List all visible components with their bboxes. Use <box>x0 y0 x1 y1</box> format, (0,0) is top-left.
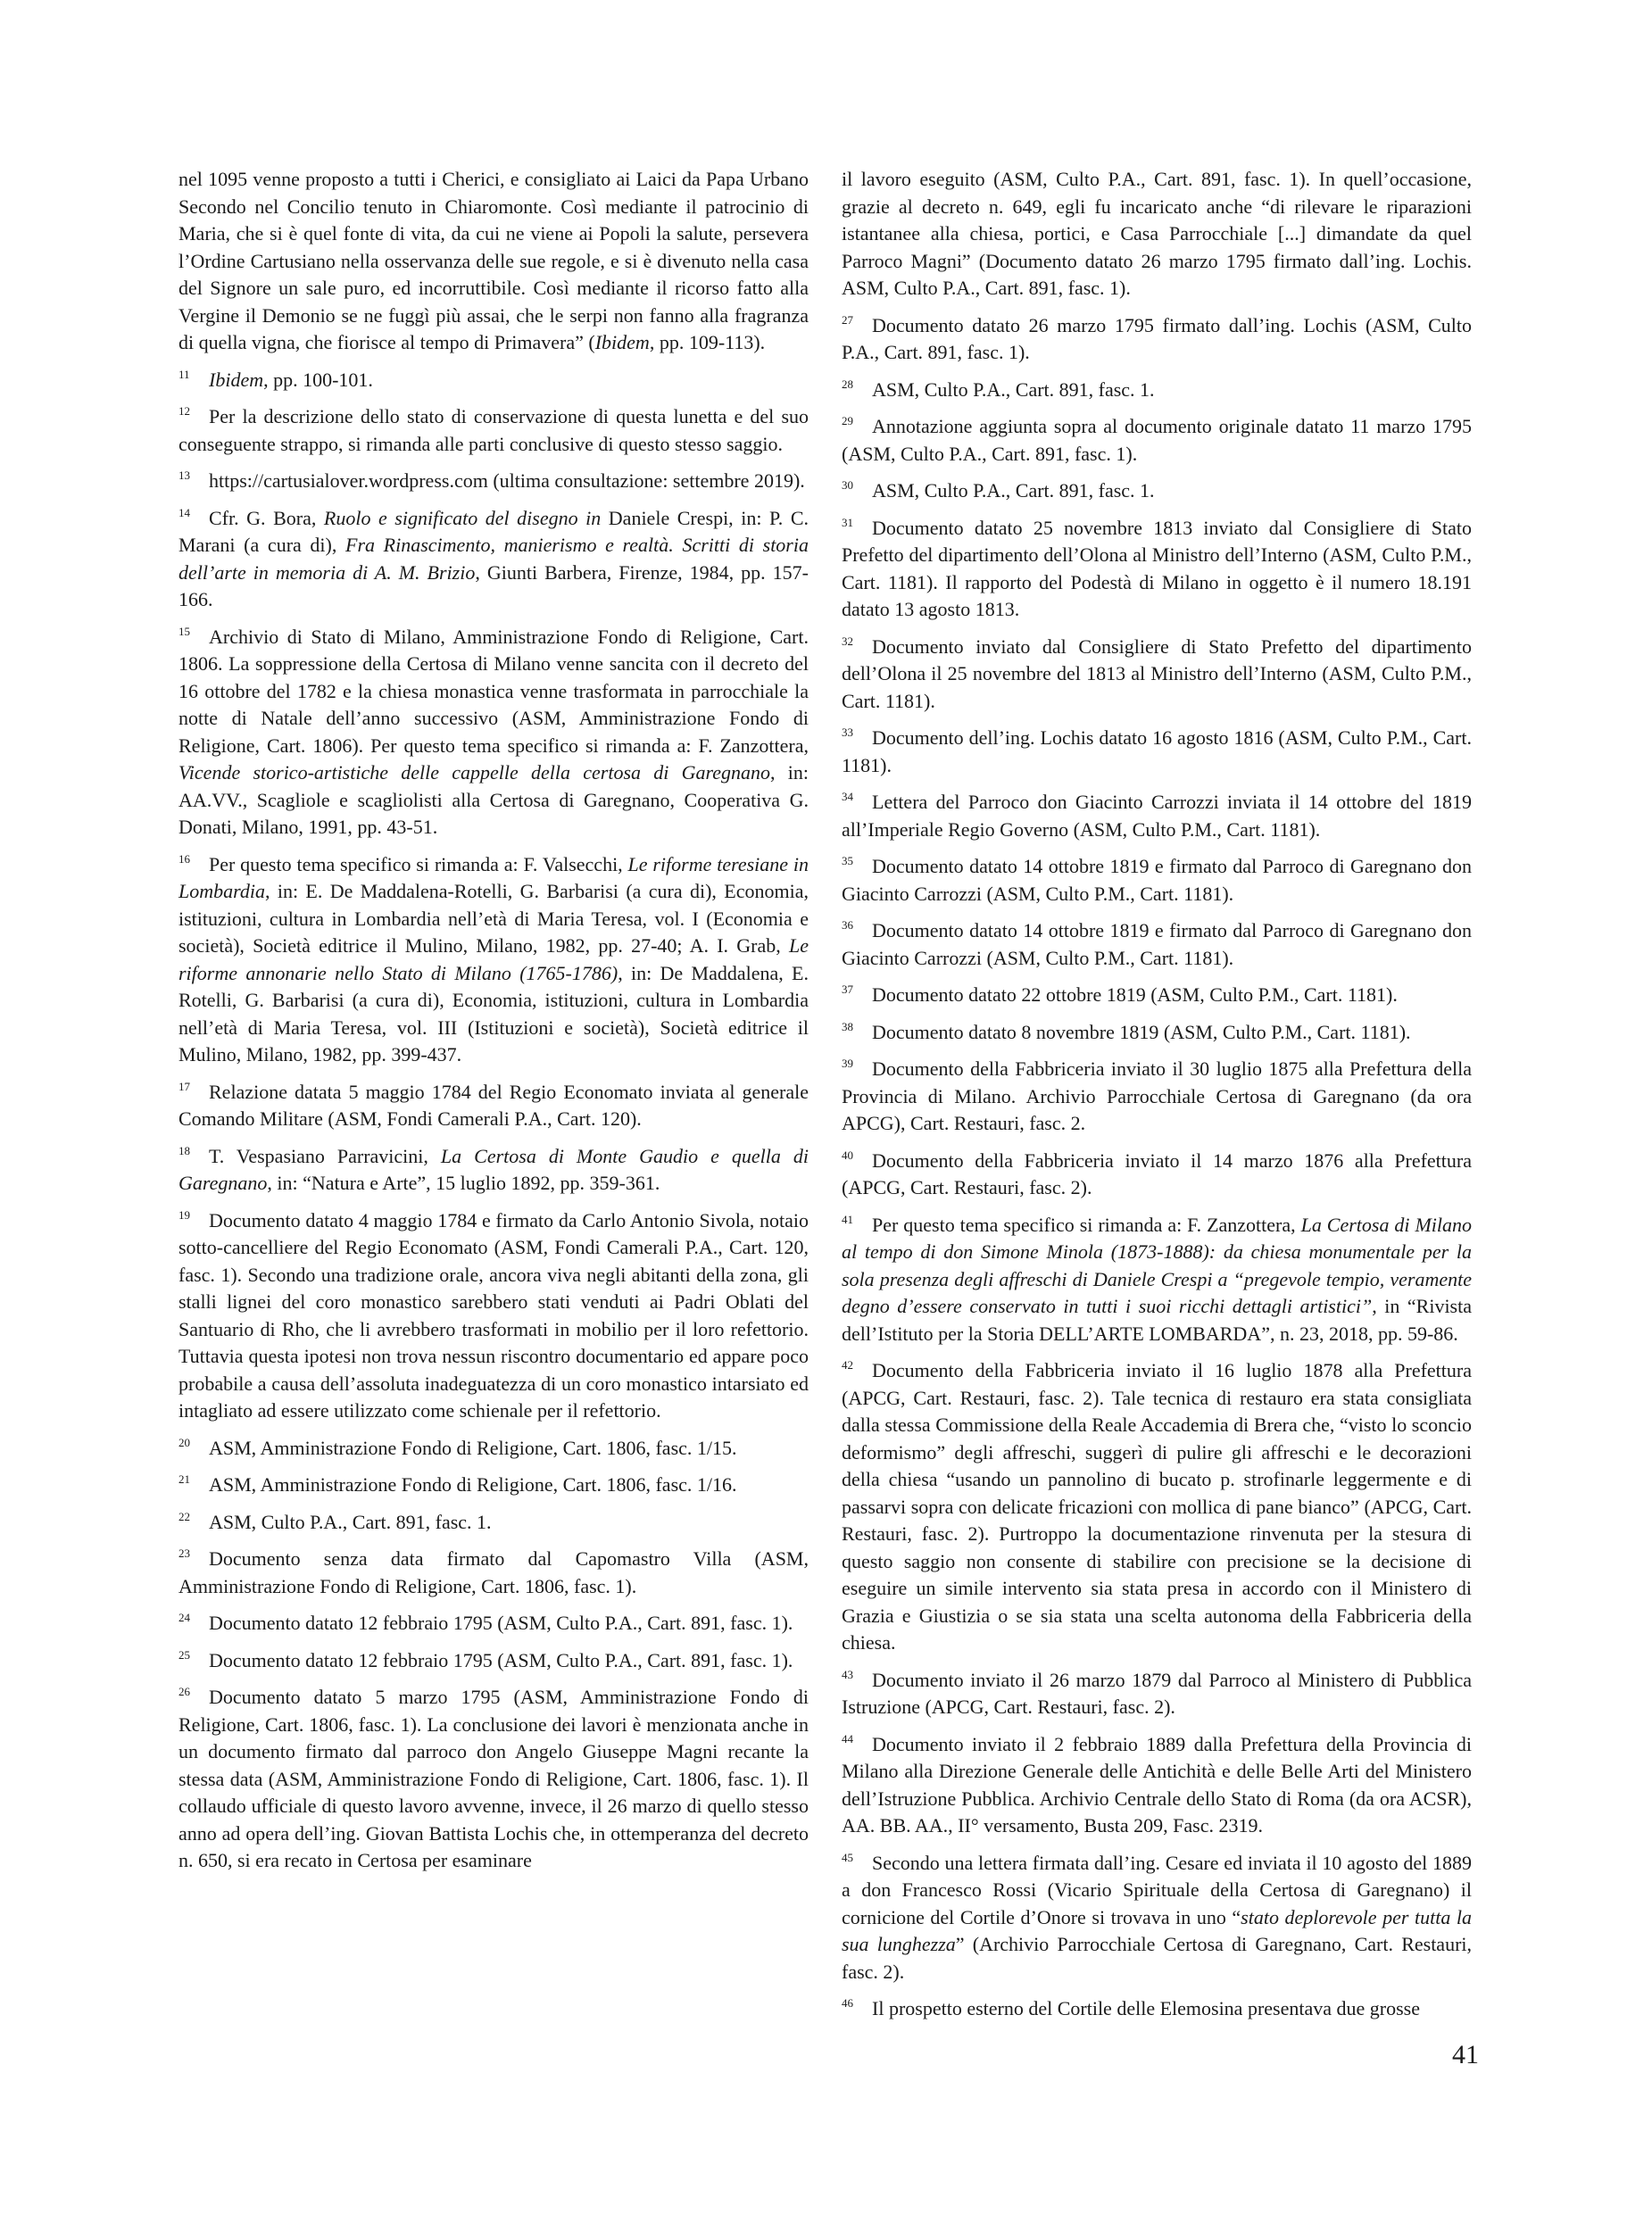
footnote-text: Documento inviato il 2 febbraio 1889 dal… <box>842 1733 1472 1837</box>
footnote-14: 14Cfr. G. Bora, Ruolo e significato del … <box>178 505 809 614</box>
footnote-33: 33Documento dell’ing. Lochis datato 16 a… <box>842 725 1472 779</box>
footnote-26: 26Documento datato 5 marzo 1795 (ASM, Am… <box>178 1684 809 1875</box>
footnote-italic-text: Ruolo e significato del disegno in <box>324 507 609 529</box>
footnote-31: 31Documento datato 25 novembre 1813 invi… <box>842 515 1472 624</box>
footnote-41: 41Per questo tema specifico si rimanda a… <box>842 1212 1472 1348</box>
footnote-35: 35Documento datato 14 ottobre 1819 e fir… <box>842 853 1472 908</box>
footnote-continuation: nel 1095 venne proposto a tutti i Cheric… <box>178 166 809 357</box>
footnote-37: 37Documento datato 22 ottobre 1819 (ASM,… <box>842 982 1472 1009</box>
footnote-text: , in: “Natura e Arte”, 15 luglio 1892, p… <box>267 1172 660 1194</box>
footnote-16: 16Per questo tema specifico si rimanda a… <box>178 851 809 1069</box>
footnote-text: Documento della Fabbriceria inviato il 1… <box>842 1359 1472 1654</box>
continuation-end: , pp. 109-113). <box>650 331 765 353</box>
footnote-text: ASM, Culto P.A., Cart. 891, fasc. 1. <box>872 378 1155 401</box>
footnote-text: Relazione datata 5 maggio 1784 del Regio… <box>178 1081 809 1131</box>
footnote-15: 15Archivio di Stato di Milano, Amministr… <box>178 624 809 842</box>
footnote-text: Documento datato 12 febbraio 1795 (ASM, … <box>209 1649 793 1671</box>
footnote-19: 19Documento datato 4 maggio 1784 e firma… <box>178 1207 809 1425</box>
footnote-text: Archivio di Stato di Milano, Amministraz… <box>178 626 809 757</box>
footnote-text: Documento datato 5 marzo 1795 (ASM, Ammi… <box>178 1686 809 1871</box>
footnote-italic-text: Vicende storico-artistiche delle cappell… <box>178 761 770 784</box>
footnote-27: 27Documento datato 26 marzo 1795 firmato… <box>842 312 1472 367</box>
footnote-39: 39Documento della Fabbriceria inviato il… <box>842 1056 1472 1138</box>
footnote-17: 17Relazione datata 5 maggio 1784 del Reg… <box>178 1079 809 1133</box>
continuation-text: nel 1095 venne proposto a tutti i Cheric… <box>178 168 809 353</box>
footnote-text: T. Vespasiano Parravicini, <box>209 1145 441 1167</box>
footnote-text: Documento dell’ing. Lochis datato 16 ago… <box>842 726 1472 776</box>
footnote-text: Documento datato 8 novembre 1819 (ASM, C… <box>872 1021 1411 1043</box>
page-number: 41 <box>1452 2040 1479 2070</box>
footnote-12: 12Per la descrizione dello stato di cons… <box>178 403 809 458</box>
footnote-40: 40Documento della Fabbriceria inviato il… <box>842 1148 1472 1202</box>
footnote-text: Documento inviato il 26 marzo 1879 dal P… <box>842 1669 1472 1719</box>
footnote-43: 43Documento inviato il 26 marzo 1879 dal… <box>842 1667 1472 1721</box>
footnote-30: 30ASM, Culto P.A., Cart. 891, fasc. 1. <box>842 477 1472 505</box>
left-notes-list: 11Ibidem, pp. 100-101.12Per la descrizio… <box>178 367 809 1875</box>
footnote-text: Il prospetto esterno del Cortile delle E… <box>872 1997 1420 2019</box>
footnote-text: Cfr. G. Bora, <box>209 507 324 529</box>
footnote-18: 18T. Vespasiano Parravicini, La Certosa … <box>178 1143 809 1198</box>
footnote-text: Documento della Fabbriceria inviato il 1… <box>842 1149 1472 1199</box>
footnote-text: , pp. 100-101. <box>263 369 373 391</box>
right-notes-list: 27Documento datato 26 marzo 1795 firmato… <box>842 312 1472 2023</box>
footnote-28: 28ASM, Culto P.A., Cart. 891, fasc. 1. <box>842 377 1472 404</box>
footnote-text: Lettera del Parroco don Giacinto Carrozz… <box>842 791 1472 841</box>
footnote-text: Documento datato 4 maggio 1784 e firmato… <box>178 1209 809 1422</box>
footnote-text: Per la descrizione dello stato di conser… <box>178 405 809 455</box>
footnote-38: 38Documento datato 8 novembre 1819 (ASM,… <box>842 1019 1472 1047</box>
footnotes-left-column: nel 1095 venne proposto a tutti i Cheric… <box>178 166 809 1885</box>
footnote-20: 20ASM, Amministrazione Fondo di Religion… <box>178 1435 809 1463</box>
footnote-42: 42Documento della Fabbriceria inviato il… <box>842 1357 1472 1657</box>
footnote-11: 11Ibidem, pp. 100-101. <box>178 367 809 394</box>
footnote-text: Documento datato 22 ottobre 1819 (ASM, C… <box>872 983 1398 1006</box>
footnote-34: 34Lettera del Parroco don Giacinto Carro… <box>842 789 1472 843</box>
footnote-45: 45Secondo una lettera firmata dall’ing. … <box>842 1850 1472 1986</box>
continuation-italic: Ibidem <box>595 331 650 353</box>
footnote-29: 29Annotazione aggiunta sopra al document… <box>842 413 1472 468</box>
footnote-text: Per questo tema specifico si rimanda a: … <box>209 853 628 875</box>
footnote-text: ASM, Amministrazione Fondo di Religione,… <box>209 1437 737 1459</box>
footnote-text: Documento senza data firmato dal Capomas… <box>178 1547 809 1597</box>
footnote-text: Documento datato 12 febbraio 1795 (ASM, … <box>209 1612 793 1634</box>
footnote-text: ASM, Culto P.A., Cart. 891, fasc. 1. <box>209 1511 492 1533</box>
footnote-22: 22ASM, Culto P.A., Cart. 891, fasc. 1. <box>178 1509 809 1537</box>
footnote-text: Documento della Fabbriceria inviato il 3… <box>842 1057 1472 1134</box>
footnote-36: 36Documento datato 14 ottobre 1819 e fir… <box>842 917 1472 972</box>
footnote-13: 13https://cartusialover.wordpress.com (u… <box>178 468 809 495</box>
footnote-text: Documento datato 14 ottobre 1819 e firma… <box>842 855 1472 905</box>
footnote-text: Documento inviato dal Consigliere di Sta… <box>842 635 1472 712</box>
footnotes-right-column: il lavoro eseguito (ASM, Culto P.A., Car… <box>842 166 1472 2033</box>
footnote-25: 25Documento datato 12 febbraio 1795 (ASM… <box>178 1647 809 1675</box>
footnote-text: , in: E. De Maddalena-Rotelli, G. Barbar… <box>178 880 809 957</box>
footnote-italic-text: Ibidem <box>209 369 263 391</box>
footnote-text: Per questo tema specifico si rimanda a: … <box>872 1214 1301 1236</box>
document-page: nel 1095 venne proposto a tutti i Cheric… <box>0 0 1652 2214</box>
footnote-text: https://cartusialover.wordpress.com (ult… <box>209 469 805 492</box>
footnote-text: Documento datato 25 novembre 1813 inviat… <box>842 517 1472 621</box>
footnote-23: 23Documento senza data firmato dal Capom… <box>178 1546 809 1600</box>
footnote-44: 44Documento inviato il 2 febbraio 1889 d… <box>842 1731 1472 1840</box>
footnote-text: Documento datato 14 ottobre 1819 e firma… <box>842 919 1472 969</box>
footnote-24: 24Documento datato 12 febbraio 1795 (ASM… <box>178 1610 809 1638</box>
footnote-text: ASM, Amministrazione Fondo di Religione,… <box>209 1473 737 1496</box>
footnote-text: ASM, Culto P.A., Cart. 891, fasc. 1. <box>872 479 1155 502</box>
footnote-continuation: il lavoro eseguito (ASM, Culto P.A., Car… <box>842 166 1472 303</box>
footnote-46: 46Il prospetto esterno del Cortile delle… <box>842 1995 1472 2023</box>
footnote-text: Annotazione aggiunta sopra al documento … <box>842 415 1472 465</box>
footnote-21: 21ASM, Amministrazione Fondo di Religion… <box>178 1472 809 1499</box>
footnote-text: Documento datato 26 marzo 1795 firmato d… <box>842 314 1472 364</box>
footnote-32: 32Documento inviato dal Consigliere di S… <box>842 634 1472 716</box>
